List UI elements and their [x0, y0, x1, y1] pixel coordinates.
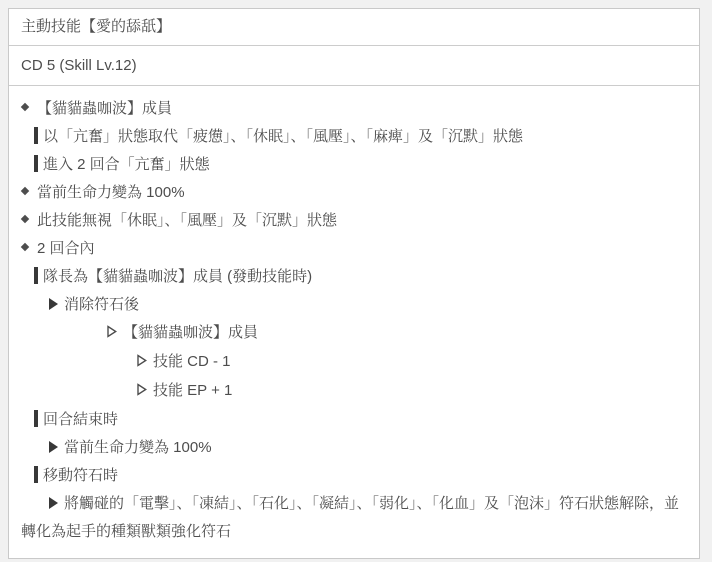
skill-effect-text: 移動符石時 — [43, 467, 118, 484]
skill-effect-line: 以「亢奮」狀態取代「疲憊」、「休眠」、「風壓」、「麻痺」及「沉默」狀態 — [21, 123, 687, 151]
diamond-bullet-icon — [21, 103, 29, 111]
skill-effect-line: 消除符石後 — [21, 291, 687, 319]
triangle-filled-bullet-icon — [49, 497, 58, 509]
skill-effect-list: 【貓貓蟲咖波】成員以「亢奮」狀態取代「疲憊」、「休眠」、「風壓」、「麻痺」及「沉… — [9, 86, 699, 558]
skill-effect-text: 技能 EP + 1 — [153, 382, 232, 399]
bar-bullet-icon — [34, 155, 38, 172]
skill-effect-line: 此技能無視「休眠」、「風壓」及「沉默」狀態 — [21, 207, 687, 235]
skill-effect-line: 回合結束時 — [21, 406, 687, 434]
skill-effect-text: 當前生命力變為 100% — [64, 439, 212, 456]
diamond-bullet-icon — [21, 215, 29, 223]
skill-effect-text: 以「亢奮」狀態取代「疲憊」、「休眠」、「風壓」、「麻痺」及「沉默」狀態 — [43, 128, 523, 145]
skill-effect-line: 2 回合內 — [21, 235, 687, 263]
triangle-filled-bullet-icon — [49, 441, 58, 453]
skill-effect-text: 回合結束時 — [43, 411, 118, 428]
skill-effect-line: 當前生命力變為 100% — [21, 434, 687, 462]
skill-effect-line: 技能 CD - 1 — [21, 348, 687, 377]
bar-bullet-icon — [34, 410, 38, 427]
skill-effect-line: 當前生命力變為 100% — [21, 179, 687, 207]
skill-effect-line: 【貓貓蟲咖波】成員 — [21, 95, 687, 123]
skill-effect-text: 技能 CD - 1 — [153, 353, 231, 370]
skill-effect-line: 進入 2 回合「亢奮」狀態 — [21, 151, 687, 179]
skill-effect-text: 【貓貓蟲咖波】成員 — [37, 100, 172, 117]
bar-bullet-icon — [34, 267, 38, 284]
triangle-filled-bullet-icon — [49, 298, 58, 310]
skill-effect-text: 【貓貓蟲咖波】成員 — [123, 324, 258, 341]
skill-effect-line: 技能 EP + 1 — [21, 377, 687, 406]
skill-effect-text: 當前生命力變為 100% — [37, 184, 185, 201]
skill-effect-line: 移動符石時 — [21, 462, 687, 490]
skill-cooldown: CD 5 (Skill Lv.12) — [9, 46, 699, 86]
triangle-open-bullet-icon — [79, 349, 147, 377]
skill-effect-text: 消除符石後 — [64, 296, 139, 313]
bar-bullet-icon — [34, 466, 38, 483]
skill-description-table: 主動技能【愛的舔舐】 CD 5 (Skill Lv.12) 【貓貓蟲咖波】成員以… — [8, 8, 700, 559]
skill-effect-text: 將觸碰的「電擊」、「凍結」、「石化」、「凝結」、「弱化」、「化血」及「泡沫」符石… — [21, 495, 679, 540]
diamond-bullet-icon — [21, 243, 29, 251]
skill-effect-text: 2 回合內 — [37, 240, 95, 257]
skill-effect-text: 進入 2 回合「亢奮」狀態 — [43, 156, 210, 173]
skill-effect-text: 此技能無視「休眠」、「風壓」及「沉默」狀態 — [37, 212, 337, 229]
triangle-open-bullet-icon — [64, 320, 117, 348]
skill-effect-line: 將觸碰的「電擊」、「凍結」、「石化」、「凝結」、「弱化」、「化血」及「泡沫」符石… — [21, 490, 687, 546]
skill-title: 主動技能【愛的舔舐】 — [9, 9, 699, 46]
skill-effect-line: 【貓貓蟲咖波】成員 — [21, 319, 687, 348]
skill-effect-line: 隊長為【貓貓蟲咖波】成員 (發動技能時) — [21, 263, 687, 291]
skill-effect-text: 隊長為【貓貓蟲咖波】成員 (發動技能時) — [43, 268, 312, 285]
bar-bullet-icon — [34, 127, 38, 144]
triangle-open-bullet-icon — [79, 378, 147, 406]
diamond-bullet-icon — [21, 187, 29, 195]
